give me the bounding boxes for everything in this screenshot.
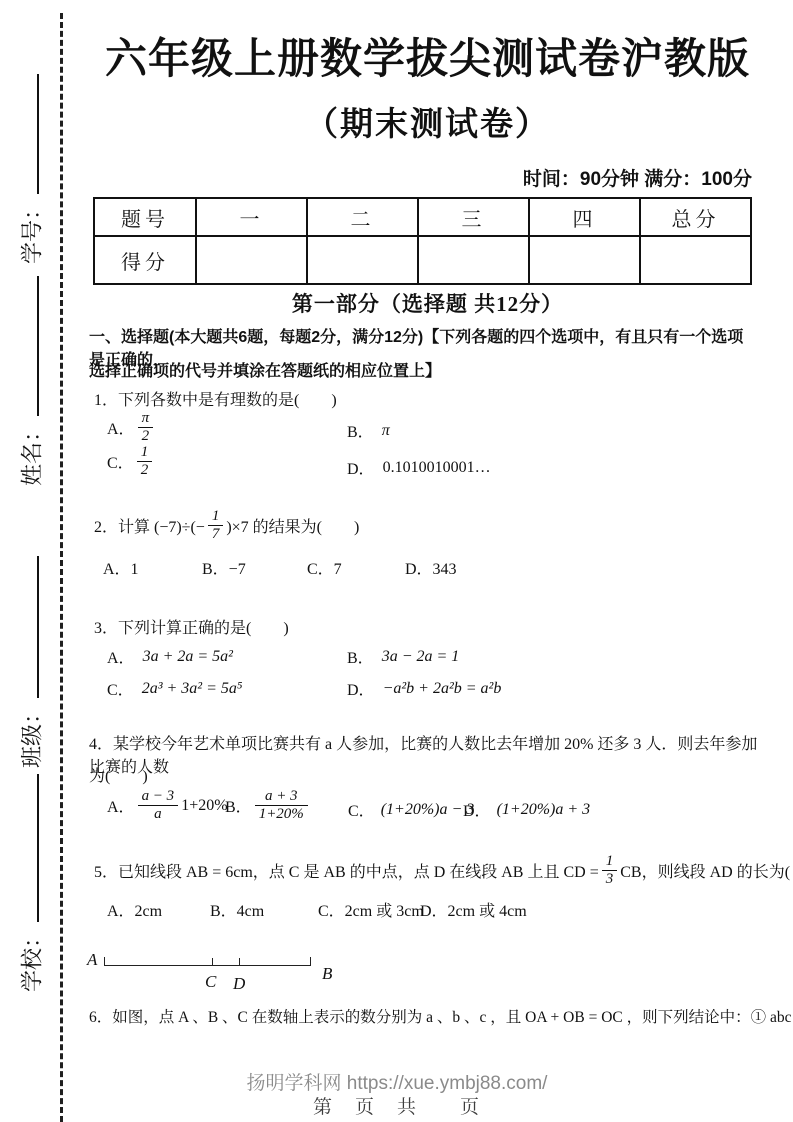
stem-text: 5．已知线段 AB = 6cm，点 C 是 AB 的中点，点 D 在线段 AB … [94,859,599,882]
option-label: D． [347,456,375,479]
fraction-numerator: 1 [137,444,153,462]
question-2-option-b: B．−7 [202,556,246,579]
name-label: 姓名： [19,420,44,486]
question-4-option-b: B． a + 3 1+20% [225,788,311,824]
option-value: −a²b + 2a²b = a²b [383,680,502,698]
stem-text: CB，则线段 AD 的长为( ) [620,859,793,882]
option-value: 2a³ + 3a² = 5a⁵ [142,680,243,698]
student-id-field: 学号： [15,74,46,264]
figure-point-d-label: D [233,974,245,994]
fraction: 1 2 [137,444,153,480]
figure-point-c-tick [212,958,213,966]
question-5-option-d: D．2cm 或 4cm [420,898,527,921]
score-table-header-cell: 总分 [640,198,751,236]
score-table-header-cell: 一 [196,198,307,236]
option-label: D． [347,677,375,700]
question-5-stem: 5．已知线段 AB = 6cm，点 C 是 AB 的中点，点 D 在线段 AB … [94,853,793,889]
score-cell-empty [196,236,307,284]
fraction: a − 3 a [138,788,179,824]
question-5-option-b: B．4cm [210,898,264,921]
option-label: B． [347,645,374,668]
fraction-numerator: π [138,410,154,428]
option-value: (1+20%)a + 3 [497,801,591,819]
student-id-label: 学号： [19,198,44,264]
fraction-denominator: 7 [208,526,224,543]
question-3-option-b: B． 3a − 2a = 1 [347,645,459,668]
option-label: C． [348,798,375,821]
fraction-denominator: 2 [137,462,153,479]
question-4-option-c: C． (1+20%)a − 3 [348,798,474,821]
score-cell-empty [418,236,529,284]
class-label: 班级： [19,702,44,768]
page-title: 六年级上册数学拔尖测试卷沪教版 [62,26,793,86]
question-2-option-d: D．343 [405,556,457,579]
student-id-blank-line [15,74,39,194]
option-label: A． [107,794,135,817]
part1-heading: 第一部分（选择题 共12分） [62,288,793,318]
fraction-numerator: a − 3 [138,788,179,806]
stem-text: 2．计算 (−7)÷(− [94,514,205,537]
question-1-option-d: D． 0.1010010001… [347,456,491,479]
option-label: B． [347,419,374,442]
score-row-label: 得分 [94,236,196,284]
question-2-option-c: C．7 [307,556,342,579]
question-5-option-a: A．2cm [107,898,162,921]
page-subtitle: （期末测试卷） [62,98,793,145]
figure-segment-line [104,965,310,966]
question-1-option-a: A． π 2 [107,410,156,446]
option-value: 3a + 2a = 5a² [143,648,233,666]
exam-paper-page: 学号： 姓名： 班级： 学校： 六年级上册数学拔尖测试卷沪教版 （期末测试卷） … [0,0,793,1122]
question-3-stem: 3．下列计算正确的是( ) [94,615,289,638]
question-1-option-c: C． 1 2 [107,444,155,480]
option-value: 1+20% [181,797,227,815]
fraction: 1 3 [602,853,618,889]
question-3-option-c: C． 2a³ + 3a² = 5a⁵ [107,677,242,700]
question-4-stem-line1: 4．某学校今年艺术单项比赛共有 a 人参加，比赛的人数比去年增加 20% 还多 … [89,731,759,777]
score-table-header-cell: 题号 [94,198,196,236]
fraction-numerator: a + 3 [255,788,308,806]
question-5-option-c: C．2cm 或 3cm [318,898,424,921]
option-label: C． [107,450,134,473]
question-1-stem: 1．下列各数中是有理数的是( ) [94,387,337,410]
question-1-option-b: B． π [347,419,390,442]
fraction-denominator: 1+20% [255,806,308,823]
school-label: 学校： [19,926,44,992]
question-3-option-d: D． −a²b + 2a²b = a²b [347,677,501,700]
score-table-header-cell: 三 [418,198,529,236]
question-4-stem-line2: 为( ) [89,763,148,786]
option-label: D． [463,798,491,821]
name-blank-line [15,276,39,416]
figure-point-b-label: B [322,964,332,984]
question-2-option-a: A．1 [103,556,139,579]
fraction-numerator: 1 [602,853,618,871]
score-table: 题号 一 二 三 四 总分 得分 [93,197,752,285]
class-field: 班级： [15,556,46,768]
score-cell-empty [529,236,640,284]
score-cell-empty [640,236,751,284]
option-label: C． [107,677,134,700]
fraction-denominator: 2 [138,428,154,445]
figure-point-a-label: A [87,950,97,970]
school-field: 学校： [15,774,46,992]
option-value: π [382,422,390,440]
time-score-meta: 时间：90分钟 满分：100分 [400,164,752,191]
stem-text: )×7 的结果为( ) [226,514,359,537]
school-blank-line [15,774,39,922]
footer-site-link[interactable]: 扬明学科网 https://xue.ymbj88.com/ [62,1068,732,1095]
score-table-header-cell: 四 [529,198,640,236]
fraction: π 2 [138,410,154,446]
option-label: A． [107,645,135,668]
score-table-header-cell: 二 [307,198,418,236]
option-label: A． [107,416,135,439]
question-3-option-a: A． 3a + 2a = 5a² [107,645,233,668]
question-6-stem: 6．如图，点 A 、B 、C 在数轴上表示的数分别为 a 、b 、c ，且 OA… [89,1005,789,1027]
footer-page-indicator: 第 页 共 页 [62,1092,732,1119]
question-4-option-d: D． (1+20%)a + 3 [463,798,590,821]
figure-point-c-label: C [205,972,216,992]
fraction-denominator: a [138,806,179,823]
question-4-option-a: A． a − 3 a 1+20% [107,788,228,824]
option-value: 3a − 2a = 1 [382,648,460,666]
name-field: 姓名： [15,276,46,486]
figure-left-end-tick [104,957,105,966]
score-cell-empty [307,236,418,284]
figure-point-d-tick [239,958,240,966]
option-value: 0.1010010001… [383,459,491,477]
section-intro-line2: 选择正确项的代号并填涂在答题纸的相应位置上】 [89,358,759,381]
option-label: B． [225,794,252,817]
fraction-denominator: 3 [602,871,618,888]
class-blank-line [15,556,39,698]
figure-right-end-tick [310,957,311,966]
fraction: a + 3 1+20% [255,788,308,824]
fraction-numerator: 1 [208,508,224,526]
question-2-stem: 2．计算 (−7)÷(− 1 7 )×7 的结果为( ) [94,508,359,544]
option-value: (1+20%)a − 3 [381,801,475,819]
fraction: 1 7 [208,508,224,544]
margin-dashed-line [60,13,63,1122]
